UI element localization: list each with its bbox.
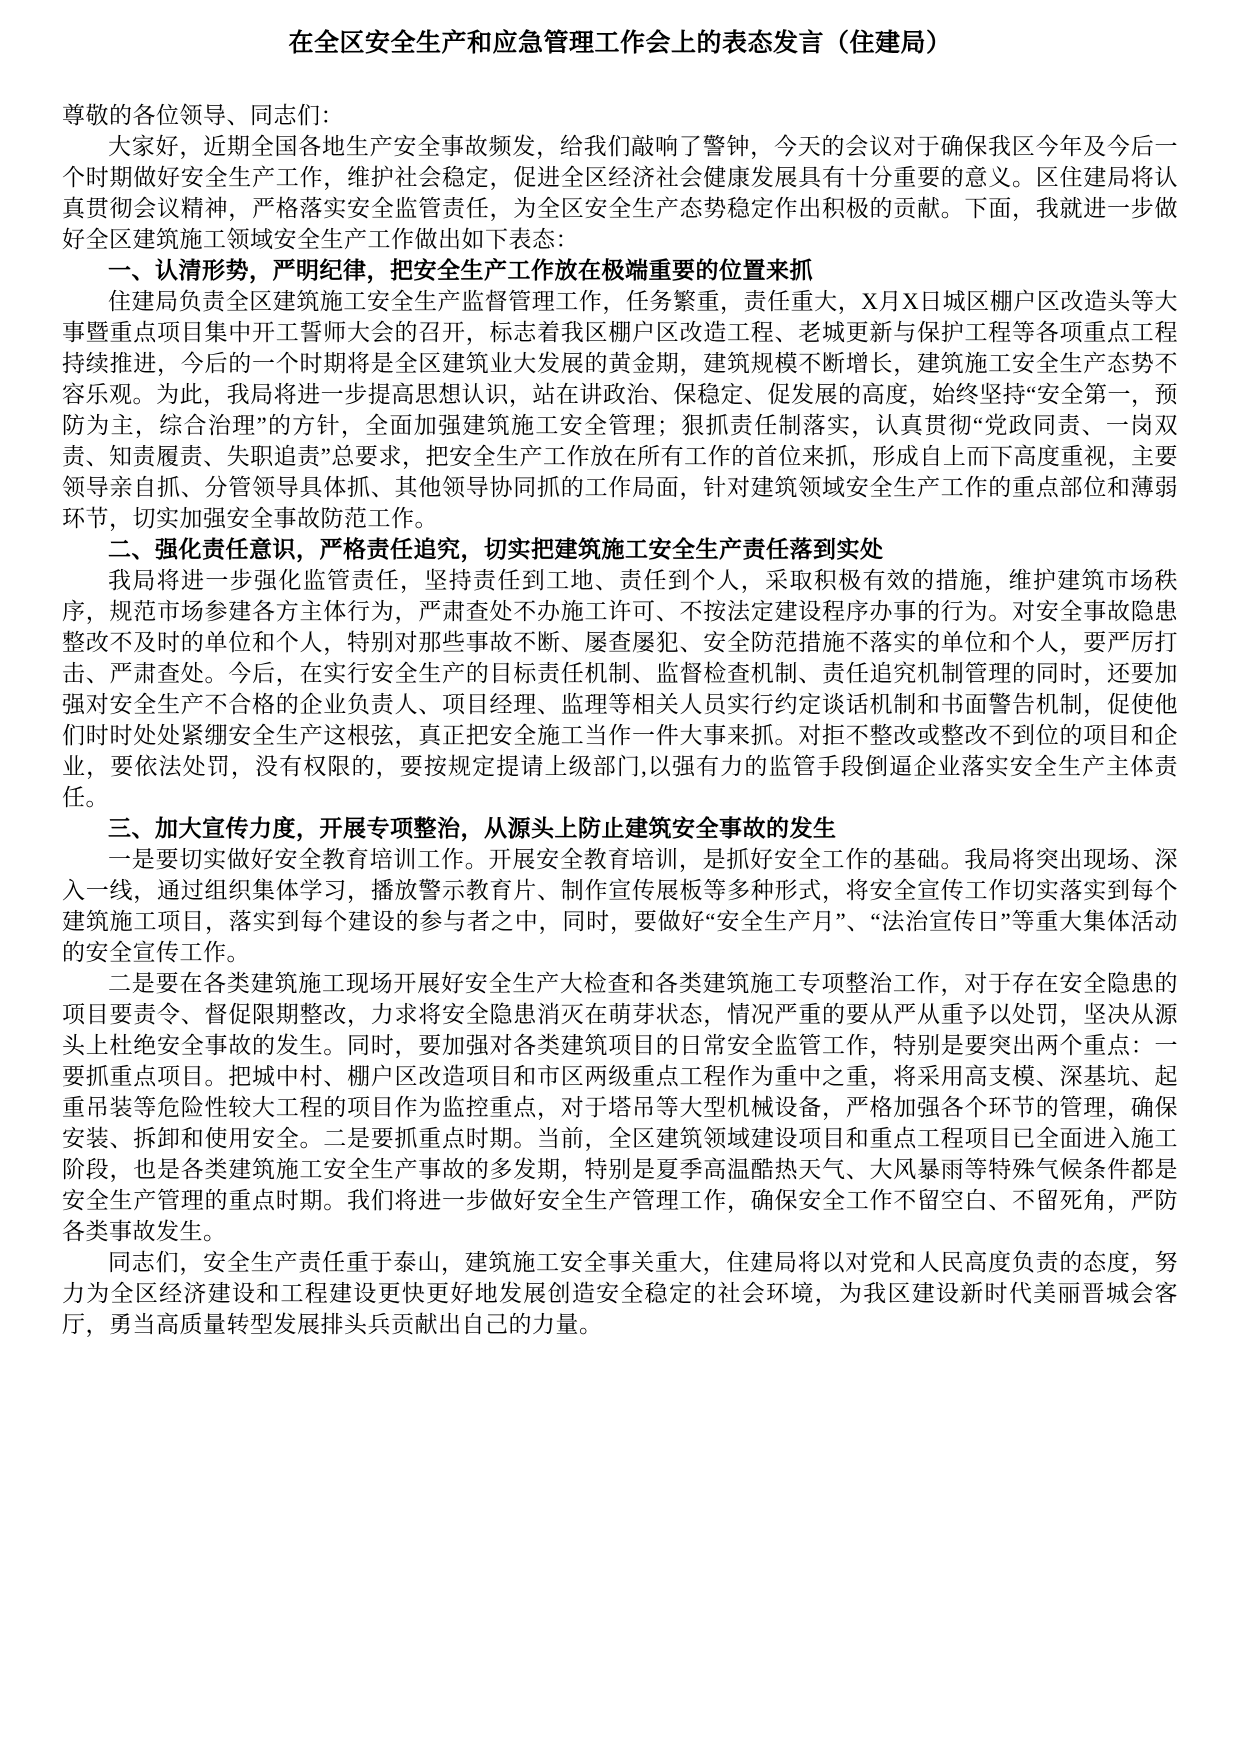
section-3-paragraph-2: 二是要在各类建筑施工现场开展好安全生产大检查和各类建筑施工专项整治工作，对于存在… bbox=[62, 968, 1178, 1247]
section-1-paragraph-1: 住建局负责全区建筑施工安全生产监督管理工作，任务繁重，责任重大，X月X日城区棚户… bbox=[62, 286, 1178, 534]
document-page: 在全区安全生产和应急管理工作会上的表态发言（住建局） 尊敬的各位领导、同志们： … bbox=[0, 0, 1240, 1754]
intro-paragraph: 大家好，近期全国各地生产安全事故频发，给我们敲响了警钟，今天的会议对于确保我区今… bbox=[62, 131, 1178, 255]
section-3-heading: 三、加大宣传力度，开展专项整治，从源头上防止建筑安全事故的发生 bbox=[62, 813, 1178, 844]
section-2-heading: 二、强化责任意识，严格责任追究，切实把建筑施工安全生产责任落到实处 bbox=[62, 534, 1178, 565]
document-body: 尊敬的各位领导、同志们： 大家好，近期全国各地生产安全事故频发，给我们敲响了警钟… bbox=[62, 100, 1178, 1340]
closing-paragraph: 同志们，安全生产责任重于泰山，建筑施工安全事关重大，住建局将以对党和人民高度负责… bbox=[62, 1247, 1178, 1340]
document-title: 在全区安全生产和应急管理工作会上的表态发言（住建局） bbox=[62, 26, 1178, 60]
section-1-heading: 一、认清形势，严明纪律，把安全生产工作放在极端重要的位置来抓 bbox=[62, 255, 1178, 286]
section-2-paragraph-1: 我局将进一步强化监管责任，坚持责任到工地、责任到个人，采取积极有效的措施，维护建… bbox=[62, 565, 1178, 813]
salutation-line: 尊敬的各位领导、同志们： bbox=[62, 100, 1178, 131]
section-3-paragraph-1: 一是要切实做好安全教育培训工作。开展安全教育培训，是抓好安全工作的基础。我局将突… bbox=[62, 844, 1178, 968]
